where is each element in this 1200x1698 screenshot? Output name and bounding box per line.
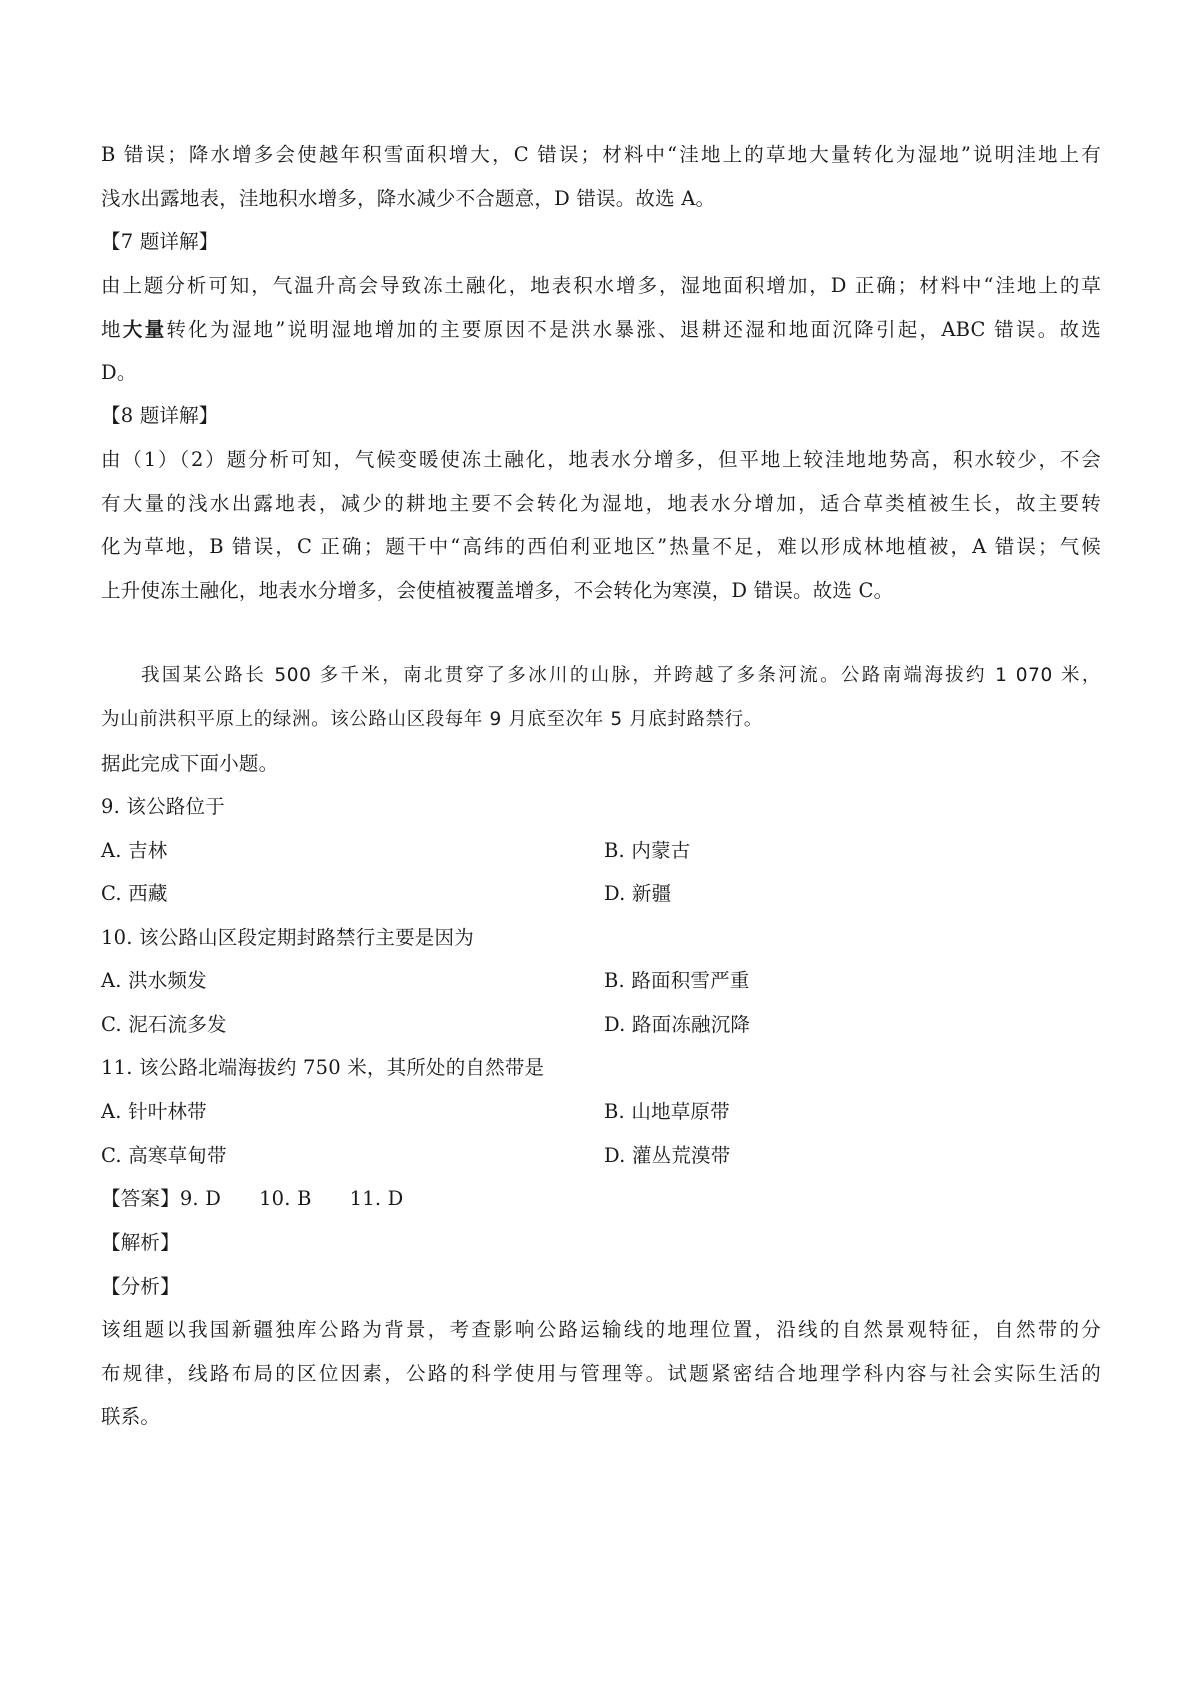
q7-detail-line-2: 地大量转化为湿地”说明湿地增加的主要原因不是洪水暴涨、退耕还湿和地面沉降引起，A… — [101, 316, 1101, 344]
question-9-option-b: B. 内蒙古 — [604, 837, 690, 865]
question-10-option-a: A. 洪水频发 — [101, 967, 207, 995]
question-9-option-a: A. 吉林 — [101, 837, 167, 865]
material-prompt: 据此完成下面小题。 — [101, 750, 1101, 778]
q7-line2-bold-emphasis: 大量 — [123, 318, 167, 341]
analysis-heading: 【解析】 — [101, 1229, 1101, 1257]
q7-detail-line-1: 由上题分析可知，气温升高会导致冻土融化，地表积水增多，湿地面积增加，D 正确；材… — [101, 272, 1101, 300]
question-10-stem: 10. 该公路山区段定期封路禁行主要是因为 — [101, 924, 1101, 952]
analysis-line-2: 布规律，线路布局的区位因素，公路的科学使用与管理等。试题紧密结合地理学科内容与社… — [101, 1360, 1101, 1388]
question-10-option-b: B. 路面积雪严重 — [604, 967, 750, 995]
q8-detail-line-4: 上升使冻土融化，地表水分增多，会使植被覆盖增多，不会转化为寒漠，D 错误。故选 … — [101, 577, 1101, 605]
q7-line2-prefix: 地 — [101, 318, 123, 341]
q6-detail-line-1: B 错误；降水增多会使越年积雪面积增大，C 错误；材料中“洼地上的草地大量转化为… — [101, 141, 1101, 169]
analysis-line-3: 联系。 — [101, 1403, 1101, 1431]
question-11-option-d: D. 灌丛荒漠带 — [604, 1142, 730, 1170]
material-line-2: 为山前洪积平原上的绿洲。该公路山区段每年 9 月底至次年 5 月底封路禁行。 — [101, 706, 1101, 734]
question-9-option-d: D. 新疆 — [604, 880, 671, 908]
q7-detail-heading: 【7 题详解】 — [101, 228, 1101, 256]
q7-line2-rest: 转化为湿地”说明湿地增加的主要原因不是洪水暴涨、退耕还湿和地面沉降引起，ABC … — [166, 318, 1101, 341]
q8-detail-line-2: 有大量的浅水出露地表，减少的耕地主要不会转化为湿地，地表水分增加，适合草类植被生… — [101, 490, 1101, 518]
answer-item-11: 11. D — [350, 1185, 404, 1213]
question-9-stem: 9. 该公路位于 — [101, 793, 1101, 821]
answer-label: 【答案】 — [101, 1187, 180, 1210]
question-11-option-c: C. 高寒草甸带 — [101, 1142, 227, 1170]
answer-line: 【答案】9. D10. B11. D — [101, 1185, 1101, 1213]
analysis-line-1: 该组题以我国新疆独库公路为背景，考查影响公路运输线的地理位置，沿线的自然景观特征… — [101, 1316, 1101, 1344]
q8-detail-heading: 【8 题详解】 — [101, 402, 1101, 430]
material-line-1: 我国某公路长 500 多千米，南北贯穿了多冰川的山脉，并跨越了多条河流。公路南端… — [101, 662, 1101, 690]
q8-detail-line-3: 化为草地，B 错误，C 正确；题干中“高纬的西伯利亚地区”热量不足，难以形成林地… — [101, 533, 1101, 561]
analysis-sub-heading: 【分析】 — [101, 1273, 1101, 1301]
q6-detail-line-2: 浅水出露地表，洼地积水增多，降水减少不合题意，D 错误。故选 A。 — [101, 185, 1101, 213]
question-11-option-a: A. 针叶林带 — [101, 1098, 207, 1126]
answer-item-9: 9. D — [180, 1185, 221, 1213]
q7-detail-line-3: D。 — [101, 359, 1101, 387]
question-10-option-c: C. 泥石流多发 — [101, 1011, 227, 1039]
question-11-option-b: B. 山地草原带 — [604, 1098, 730, 1126]
question-11-stem: 11. 该公路北端海拔约 750 米，其所处的自然带是 — [101, 1054, 1101, 1082]
answer-item-10: 10. B — [259, 1185, 312, 1213]
question-9-option-c: C. 西藏 — [101, 880, 168, 908]
question-10-option-d: D. 路面冻融沉降 — [604, 1011, 750, 1039]
q8-detail-line-1: 由（1）（2）题分析可知，气候变暖使冻土融化，地表水分增多，但平地上较洼地地势高… — [101, 446, 1101, 474]
